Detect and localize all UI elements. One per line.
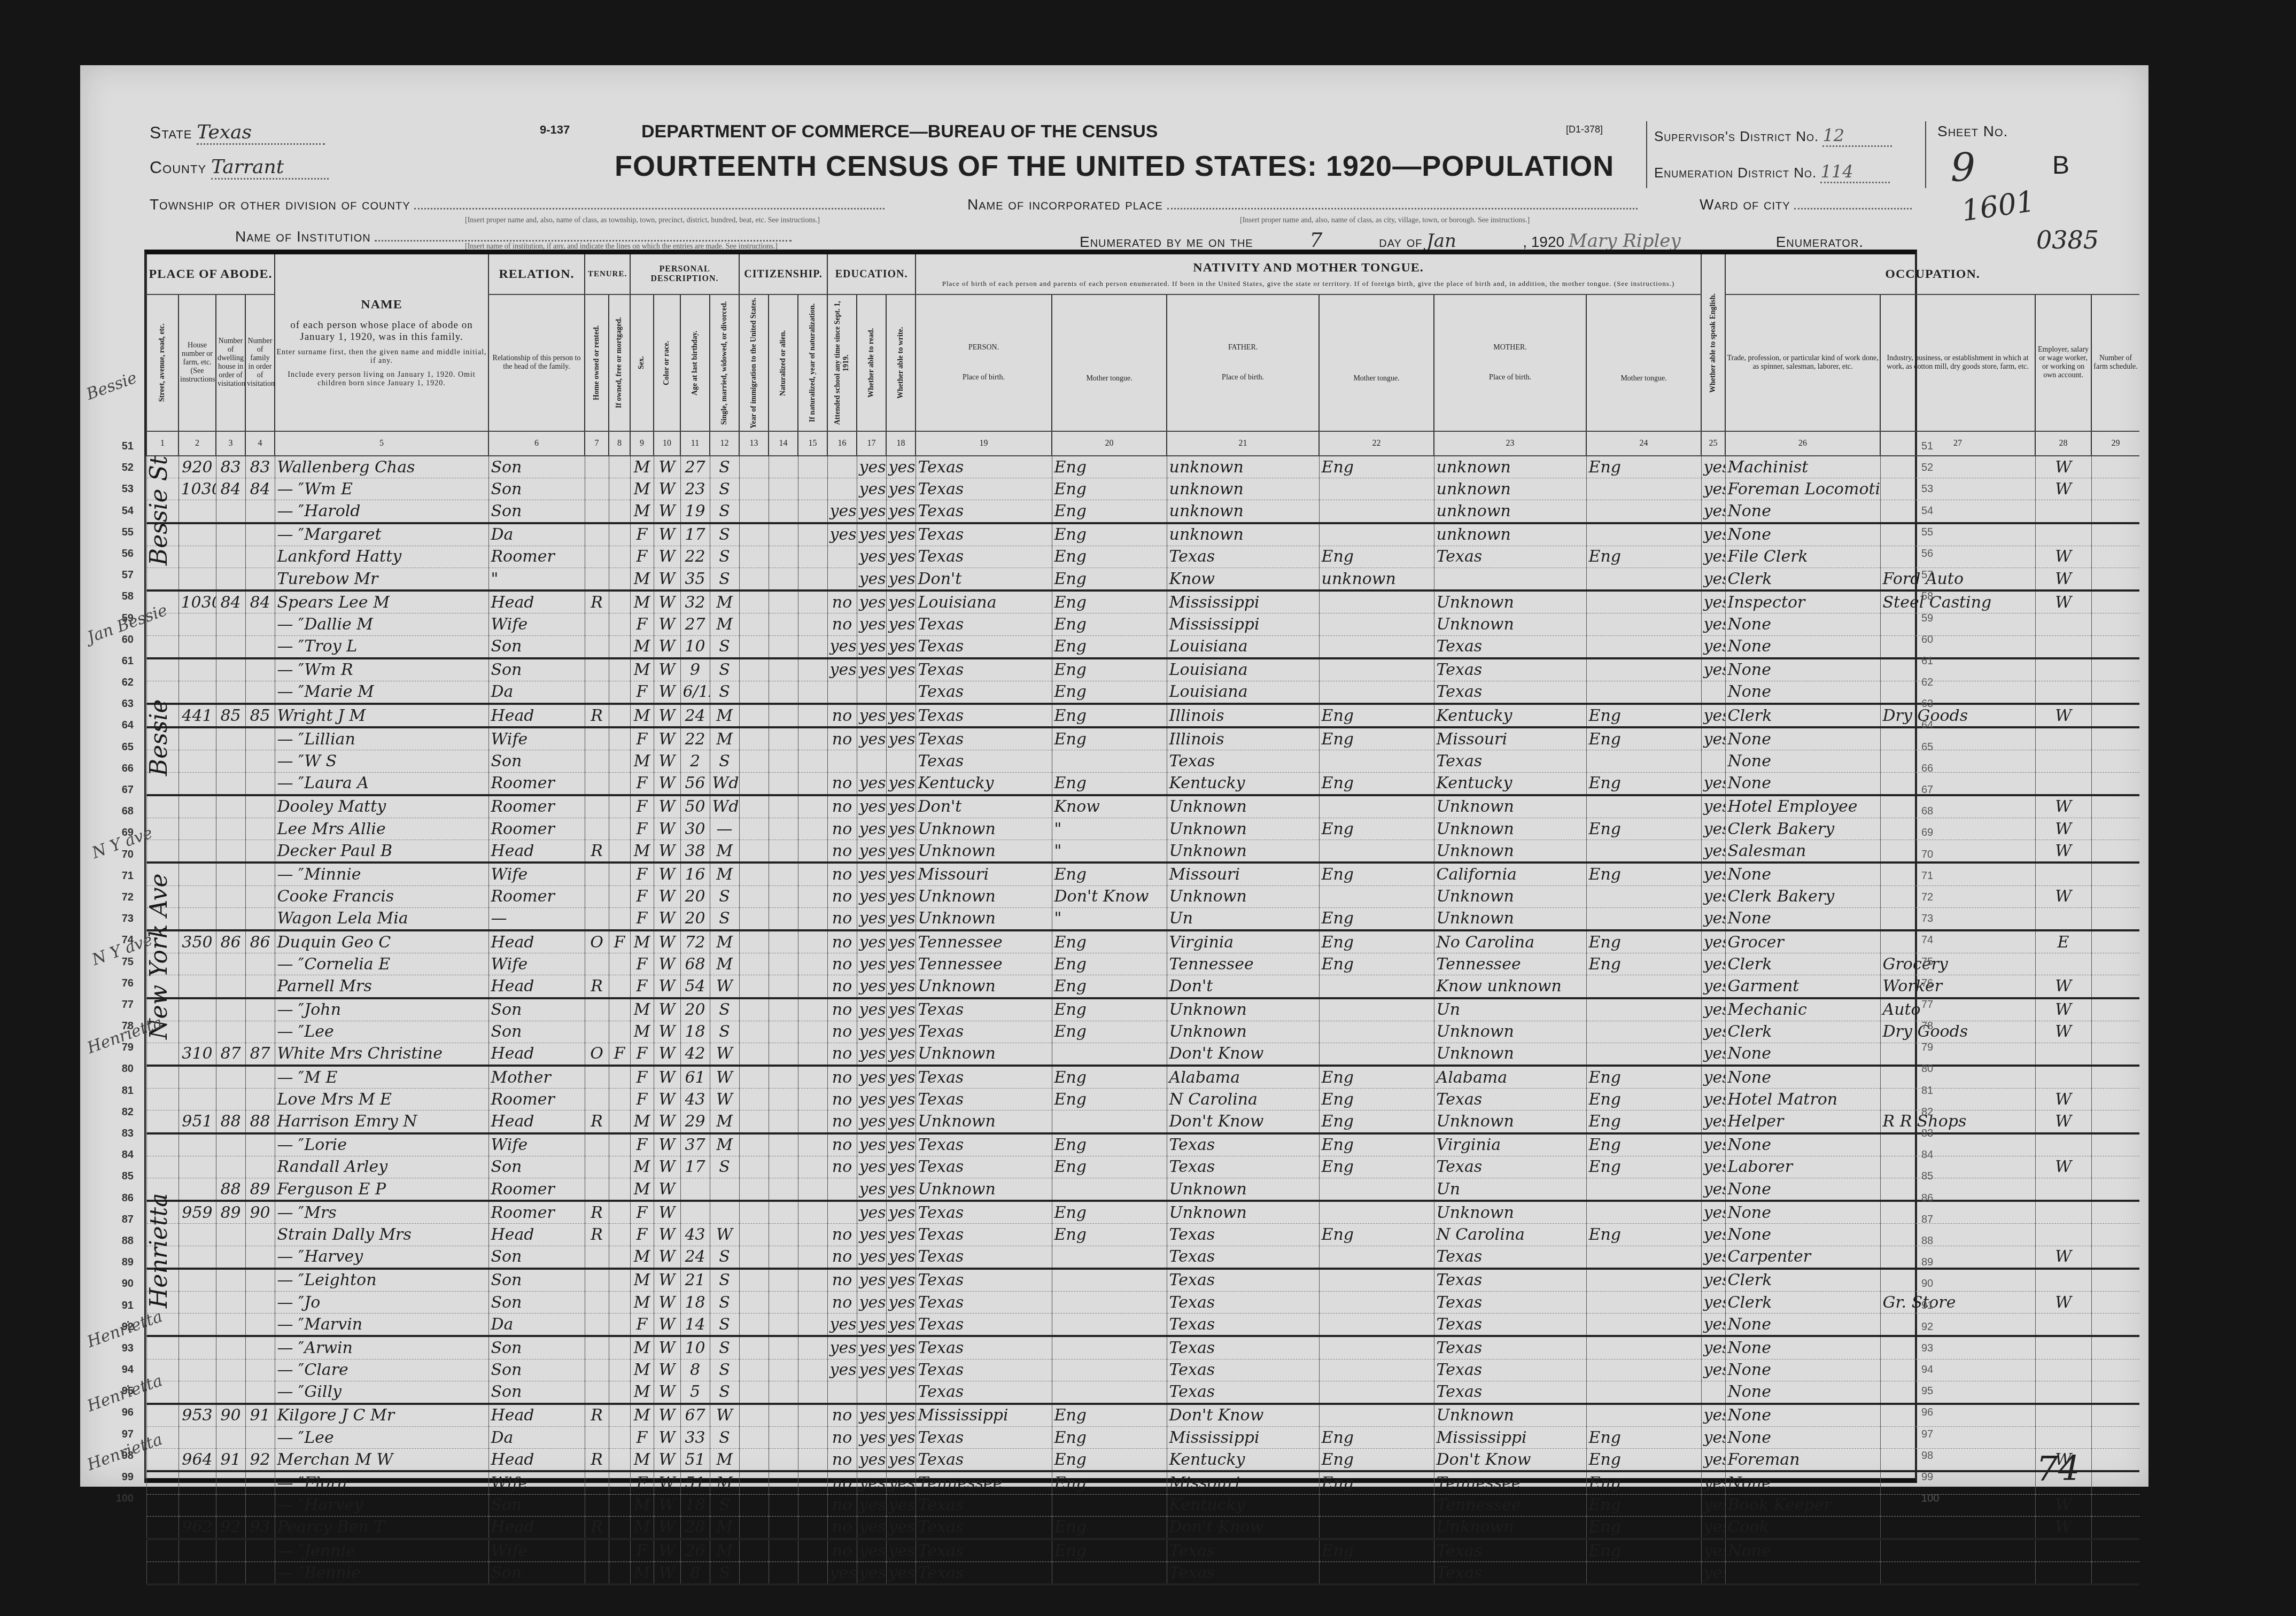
cell-class: E [2035, 930, 2091, 953]
cell-sex: M [630, 568, 654, 591]
cell-sex: M [630, 635, 654, 658]
cell-farm [2091, 568, 2139, 591]
cell-m-pob: unknown [1434, 478, 1586, 500]
cell-dwelling [216, 840, 245, 863]
cell-immig [739, 863, 769, 885]
cell-dwelling [216, 1381, 245, 1404]
cell-class: W [2035, 1494, 2091, 1516]
cell-school: no [827, 1471, 857, 1494]
cell-age [680, 1201, 710, 1224]
cell-english: yes [1701, 1471, 1725, 1494]
line-number: 63 [1921, 693, 1953, 714]
cell-natz-year [798, 772, 827, 795]
cell-name: Wm E [275, 478, 488, 500]
cell-natz-year [798, 613, 827, 635]
cell-class [2035, 658, 2091, 681]
cell-immig [739, 1021, 769, 1043]
cell-read: yes [857, 1562, 886, 1585]
cell-mortgaged [609, 727, 630, 750]
cell-race: W [654, 500, 680, 523]
cell-occupation: Clerk [1725, 1021, 1880, 1043]
cell-m-tongue [1586, 1269, 1701, 1292]
cell-name: Harvey [275, 1494, 488, 1516]
col-18-desc: Whether able to write. [886, 294, 916, 431]
line-number: 74 [1921, 929, 1953, 951]
cell-industry: Ford Auto [1880, 568, 2035, 591]
census-sheet: State Texas County Tarrant 9-137 DEPARTM… [80, 65, 2148, 1487]
cell-natz [769, 1314, 798, 1337]
father-subheading: FATHER. [1168, 344, 1317, 352]
cell-family [245, 863, 275, 885]
cell-marital: M [710, 863, 739, 885]
cell-natz-year [798, 1021, 827, 1043]
cell-owned [585, 1562, 609, 1585]
cell-f-tongue [1319, 1246, 1434, 1269]
cell-name: Love Mrs M E [275, 1089, 488, 1110]
cell-m-tongue: Eng [1586, 1133, 1701, 1156]
line-number: 96 [1921, 1402, 1953, 1423]
cell-school: no [827, 1269, 857, 1292]
cell-natz [769, 1404, 798, 1427]
cell-relation: Son [488, 1381, 585, 1404]
cell-farm [2091, 998, 2139, 1021]
cell-english: yes [1701, 1291, 1725, 1313]
cell-natz-year [798, 1449, 827, 1472]
cell-tongue: Eng [1052, 1066, 1167, 1089]
cell-f-pob: Unknown [1167, 1178, 1319, 1201]
column-number: 11 [680, 431, 710, 456]
cell-english: yes [1701, 1246, 1725, 1269]
cell-industry [1880, 500, 2035, 523]
cell-write: yes [886, 1336, 916, 1359]
cell-read: yes [857, 635, 886, 658]
cell-industry [1880, 1314, 2035, 1337]
line-number: 61 [1921, 650, 1953, 672]
street-name: Henrietta [145, 1096, 177, 1405]
cell-mortgaged [609, 1314, 630, 1337]
cell-pob: Texas [916, 1201, 1052, 1224]
line-number: 55 [102, 522, 134, 543]
cell-school: no [827, 727, 857, 750]
cell-mortgaged [609, 1110, 630, 1133]
cell-race: W [654, 1381, 680, 1404]
cell-write: yes [886, 568, 916, 591]
cell-read: yes [857, 704, 886, 727]
cell-dwelling: 83 [216, 456, 245, 478]
cell-relation: Wife [488, 613, 585, 635]
cell-farm [2091, 1043, 2139, 1066]
cell-race: W [654, 772, 680, 795]
col-26-desc: Trade, profession, or particular kind of… [1725, 294, 1880, 431]
cell-class [2035, 1336, 2091, 1359]
cell-write: yes [886, 818, 916, 840]
column-number: 7 [585, 431, 609, 456]
cell-school [827, 546, 857, 568]
cell-write: yes [886, 1539, 916, 1562]
cell-tongue: Eng [1052, 772, 1167, 795]
cell-age: 38 [680, 840, 710, 863]
cell-tongue: Eng [1052, 658, 1167, 681]
cell-class [2035, 635, 2091, 658]
cell-marital: W [710, 975, 739, 998]
cell-natz-year [798, 568, 827, 591]
cell-mortgaged [609, 1336, 630, 1359]
column-number: 4 [245, 431, 275, 456]
cell-mortgaged [609, 750, 630, 772]
cell-class [2035, 1359, 2091, 1381]
cell-f-tongue: Eng [1319, 456, 1434, 478]
cell-m-pob: Texas [1434, 1156, 1586, 1178]
cell-natz [769, 750, 798, 772]
cell-class [2035, 750, 2091, 772]
cell-class: W [2035, 456, 2091, 478]
cell-street [146, 1494, 179, 1516]
cell-pob: Missouri [916, 863, 1052, 885]
cell-f-tongue [1319, 1314, 1434, 1337]
cell-school: no [827, 998, 857, 1021]
cell-f-pob: Don't [1167, 975, 1319, 998]
cell-age: 29 [680, 1110, 710, 1133]
cell-read: yes [857, 1133, 886, 1156]
census-row: HaroldSonMW19SyesyesyesTexasEngunknownun… [146, 500, 2139, 523]
cell-tongue: Eng [1052, 1224, 1167, 1246]
cell-f-pob: Mississippi [1167, 591, 1319, 613]
cell-race: W [654, 1427, 680, 1449]
cell-industry: R R Shops [1880, 1110, 2035, 1133]
cell-race: W [654, 1201, 680, 1224]
cell-english: yes [1701, 1043, 1725, 1066]
person-subheading: PERSON. [917, 344, 1050, 352]
cell-family [245, 1359, 275, 1381]
cell-dwelling: 88 [216, 1110, 245, 1133]
cell-read: yes [857, 658, 886, 681]
cell-occupation: None [1725, 907, 1880, 930]
cell-family: 83 [245, 456, 275, 478]
cell-natz [769, 953, 798, 975]
cell-occupation: Helper [1725, 1110, 1880, 1133]
cell-immig [739, 704, 769, 727]
cell-marital: S [710, 1021, 739, 1043]
cell-english: yes [1701, 456, 1725, 478]
cell-name: Cornelia E [275, 953, 488, 975]
col-4-desc: Number of family in order of visitation. [245, 294, 275, 431]
cell-age: 16 [680, 863, 710, 885]
cell-marital: M [710, 1516, 739, 1539]
cell-house [179, 681, 216, 704]
cell-family: 84 [245, 478, 275, 500]
cell-read: yes [857, 1449, 886, 1472]
cell-write: yes [886, 907, 916, 930]
cell-house: 959 [179, 1201, 216, 1224]
cell-age: 37 [680, 1133, 710, 1156]
cell-relation: Son [488, 1291, 585, 1313]
cell-f-pob: unknown [1167, 478, 1319, 500]
cell-relation: Roomer [488, 1089, 585, 1110]
cell-relation: Roomer [488, 772, 585, 795]
cell-english: yes [1701, 523, 1725, 546]
cell-school: no [827, 840, 857, 863]
cell-natz-year [798, 500, 827, 523]
cell-pob: Texas [916, 727, 1052, 750]
incorporated-note: [Insert proper name and, also, name of c… [1240, 216, 1530, 225]
cell-m-pob: Unknown [1434, 1516, 1586, 1539]
cell-write: yes [886, 885, 916, 907]
col-22-desc: Mother tongue. [1319, 294, 1434, 431]
cell-farm [2091, 795, 2139, 818]
cell-f-tongue [1319, 975, 1434, 998]
cell-m-tongue [1586, 1178, 1701, 1201]
column-number: 19 [916, 431, 1052, 456]
census-row: Laura ARoomerFW56WdnoyesyesKentuckyEngKe… [146, 772, 2139, 795]
line-number: 81 [102, 1080, 134, 1101]
cell-marital: S [710, 658, 739, 681]
cell-house [179, 750, 216, 772]
column-number: 8 [609, 431, 630, 456]
cell-natz [769, 1449, 798, 1472]
enumerator-label: Enumerator. [1776, 234, 1864, 250]
cell-pob: Texas [916, 704, 1052, 727]
cell-immig [739, 1562, 769, 1585]
cell-english [1701, 1381, 1725, 1404]
cell-m-pob: Tennessee [1434, 953, 1586, 975]
cell-house [179, 727, 216, 750]
cell-house [179, 658, 216, 681]
cell-family [245, 613, 275, 635]
cell-natz [769, 863, 798, 885]
cell-f-pob: Tennessee [1167, 953, 1319, 975]
nativity-heading: NATIVITY AND MOTHER TONGUE. [917, 261, 1700, 275]
cell-house [179, 613, 216, 635]
col-7-desc: Home owned or rented. [585, 294, 609, 431]
cell-m-pob: Unknown [1434, 591, 1586, 613]
cell-name: Lee Mrs Allie [275, 818, 488, 840]
cell-name: Lillian [275, 727, 488, 750]
cell-name: Randall Arley [275, 1156, 488, 1178]
cell-farm [2091, 840, 2139, 863]
cell-pob: Texas [916, 658, 1052, 681]
cell-family [245, 1066, 275, 1089]
cell-class [2035, 1224, 2091, 1246]
cell-f-tongue [1319, 1381, 1434, 1404]
cell-race: W [654, 750, 680, 772]
cell-school: no [827, 1539, 857, 1562]
col-14-desc: Naturalized or alien. [769, 294, 798, 431]
column-number: 16 [827, 431, 857, 456]
cell-m-tongue: Eng [1586, 1449, 1701, 1472]
cell-mortgaged [609, 1133, 630, 1156]
cell-race: W [654, 1562, 680, 1585]
cell-english: yes [1701, 478, 1725, 500]
cell-family: 87 [245, 1043, 275, 1066]
line-number: 95 [1921, 1380, 1953, 1402]
cell-age: 22 [680, 727, 710, 750]
cell-read: yes [857, 1066, 886, 1089]
cell-race: W [654, 1359, 680, 1381]
line-number: 86 [102, 1187, 134, 1209]
cell-read: yes [857, 863, 886, 885]
census-row: BennieSonMW8SyesyesyesTexasTexasTexasyes [146, 1562, 2139, 1585]
cell-occupation: Foreman [1725, 1449, 1880, 1472]
cell-write: yes [886, 523, 916, 546]
cell-read: yes [857, 975, 886, 998]
cell-read: yes [857, 523, 886, 546]
cell-age: 33 [680, 1427, 710, 1449]
cell-natz [769, 1224, 798, 1246]
cell-f-pob: Louisiana [1167, 635, 1319, 658]
column-number: 5 [275, 431, 488, 456]
cell-sex: F [630, 772, 654, 795]
cell-school: no [827, 613, 857, 635]
cell-sex: M [630, 658, 654, 681]
cell-mortgaged [609, 840, 630, 863]
name-desc-a: of each person whose place of abode on J… [276, 320, 487, 343]
cell-natz-year [798, 1314, 827, 1337]
cell-school: no [827, 1427, 857, 1449]
cell-m-tongue [1586, 998, 1701, 1021]
cell-class: W [2035, 818, 2091, 840]
cell-age: 19 [680, 500, 710, 523]
cell-age: 20 [680, 907, 710, 930]
cell-immig [739, 1336, 769, 1359]
cell-house: 951 [179, 1110, 216, 1133]
cell-industry [1880, 1133, 2035, 1156]
cell-read: yes [857, 998, 886, 1021]
cell-house [179, 1224, 216, 1246]
cell-name: Harrison Emry N [275, 1110, 488, 1133]
cell-english: yes [1701, 1562, 1725, 1585]
cell-family [245, 1089, 275, 1110]
cell-f-pob: unknown [1167, 523, 1319, 546]
cell-english: yes [1701, 1224, 1725, 1246]
cell-read: yes [857, 1494, 886, 1516]
cell-write: yes [886, 635, 916, 658]
cell-family [245, 546, 275, 568]
cell-f-tongue [1319, 613, 1434, 635]
cell-dwelling [216, 1224, 245, 1246]
cell-race: W [654, 727, 680, 750]
cell-farm [2091, 681, 2139, 704]
cell-tongue: Eng [1052, 568, 1167, 591]
line-number: 92 [1921, 1316, 1953, 1338]
cell-write: yes [886, 727, 916, 750]
cell-owned [585, 546, 609, 568]
cell-natz [769, 1043, 798, 1066]
cell-f-tongue [1319, 591, 1434, 613]
cell-natz [769, 930, 798, 953]
cell-english: yes [1701, 772, 1725, 795]
line-number: 99 [102, 1466, 134, 1488]
cell-owned [585, 885, 609, 907]
cell-f-tongue: Eng [1319, 546, 1434, 568]
cell-natz-year [798, 998, 827, 1021]
cell-name: Wallenberg Chas [275, 456, 488, 478]
cell-tongue: " [1052, 907, 1167, 930]
cell-marital: Wd [710, 795, 739, 818]
cell-pob: Texas [916, 523, 1052, 546]
cell-m-pob: Unknown [1434, 818, 1586, 840]
cell-occupation: Book Keeper [1725, 1494, 1880, 1516]
cell-read: yes [857, 568, 886, 591]
cell-family [245, 907, 275, 930]
cell-natz-year [798, 1336, 827, 1359]
cell-name: Lee [275, 1427, 488, 1449]
cell-english: yes [1701, 975, 1725, 998]
cell-owned: R [585, 591, 609, 613]
line-number: 71 [1921, 865, 1953, 887]
cell-mortgaged [609, 1224, 630, 1246]
cell-sex: M [630, 1449, 654, 1472]
cell-school [827, 750, 857, 772]
col-29-desc: Number of farm schedule. [2091, 294, 2139, 431]
cell-farm [2091, 1021, 2139, 1043]
cell-pob: Texas [916, 546, 1052, 568]
cell-sex: F [630, 907, 654, 930]
cell-race: W [654, 658, 680, 681]
cell-industry [1880, 772, 2035, 795]
cell-f-pob: Texas [1167, 1314, 1319, 1337]
cell-name: Harold [275, 500, 488, 523]
cell-school: no [827, 772, 857, 795]
cell-mortgaged [609, 998, 630, 1021]
cell-farm [2091, 1516, 2139, 1539]
cell-immig [739, 1471, 769, 1494]
line-number: 86 [1921, 1187, 1953, 1209]
cell-pob: Mississippi [916, 1404, 1052, 1427]
cell-owned: O [585, 930, 609, 953]
line-number: 75 [1921, 951, 1953, 973]
cell-f-tongue: Eng [1319, 1471, 1434, 1494]
cell-school: yes [827, 523, 857, 546]
cell-tongue: Eng [1052, 975, 1167, 998]
cell-m-pob: Unknown [1434, 1404, 1586, 1427]
cell-family [245, 1562, 275, 1585]
cell-farm [2091, 1066, 2139, 1089]
cell-immig [739, 1494, 769, 1516]
line-number: 91 [102, 1295, 134, 1316]
cell-school: yes [827, 658, 857, 681]
cell-owned: R [585, 1404, 609, 1427]
cell-natz-year [798, 727, 827, 750]
cell-class: W [2035, 1156, 2091, 1178]
cell-class: W [2035, 795, 2091, 818]
cell-relation: Da [488, 1314, 585, 1337]
cell-class [2035, 1043, 2091, 1066]
cell-f-pob: Texas [1167, 1224, 1319, 1246]
cell-f-pob: Kentucky [1167, 1449, 1319, 1472]
cell-race: W [654, 635, 680, 658]
cell-f-pob: Mississippi [1167, 613, 1319, 635]
cell-age: 18 [680, 1021, 710, 1043]
cell-occupation: None [1725, 1359, 1880, 1381]
cell-relation: Head [488, 1224, 585, 1246]
cell-read: yes [857, 1269, 886, 1292]
cell-house: 310 [179, 1043, 216, 1066]
cell-m-tongue: Eng [1586, 818, 1701, 840]
line-number: 83 [102, 1123, 134, 1144]
cell-relation: Son [488, 1269, 585, 1292]
corner-page-mark: 74 [2036, 1449, 2080, 1489]
cell-family [245, 1021, 275, 1043]
cell-school [827, 1178, 857, 1201]
cell-age: 23 [680, 478, 710, 500]
cell-write: yes [886, 975, 916, 998]
cell-immig [739, 1201, 769, 1224]
street-name: New York Ave [145, 839, 177, 1074]
cell-m-tongue [1586, 1246, 1701, 1269]
cell-english: yes [1701, 930, 1725, 953]
cell-marital: W [710, 1404, 739, 1427]
cell-natz-year [798, 1066, 827, 1089]
